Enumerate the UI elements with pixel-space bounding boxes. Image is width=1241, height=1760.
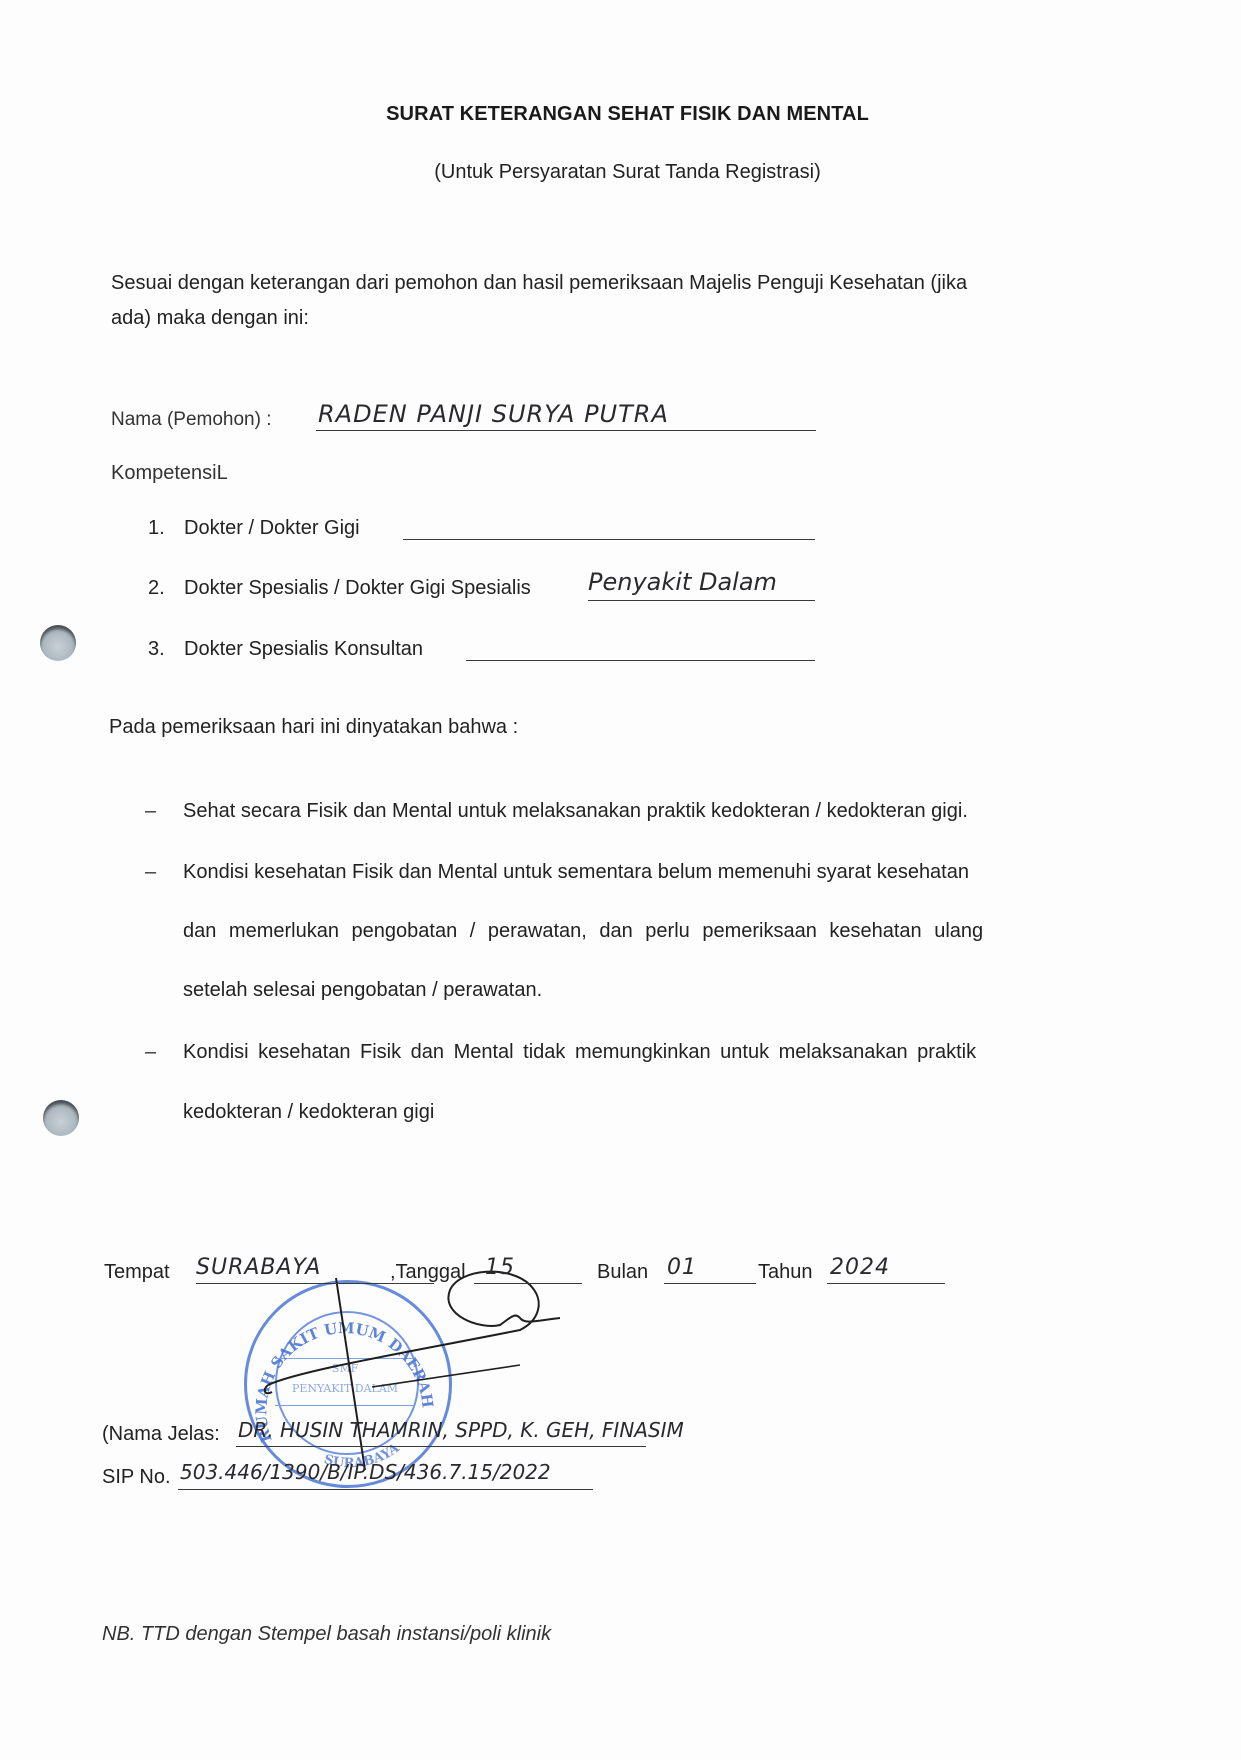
competency-field-1[interactable] xyxy=(403,539,815,540)
option-3-line-2[interactable]: kedokteran / kedokteran gigi xyxy=(183,1101,434,1124)
sip-underline xyxy=(178,1489,593,1490)
year-label: Tahun xyxy=(758,1261,813,1284)
place-label: Tempat xyxy=(104,1261,170,1284)
signatory-name-underline xyxy=(236,1446,646,1447)
competency-label-2: Dokter Spesialis / Dokter Gigi Spesialis xyxy=(184,577,531,600)
signatory-name-field[interactable]: DR. HUSIN THAMRIN, SPPD, K. GEH, FINASIM xyxy=(238,1418,684,1442)
punch-hole-top xyxy=(40,625,76,661)
option-3-bullet: – xyxy=(145,1041,156,1064)
sip-label: SIP No. xyxy=(102,1466,171,1489)
applicant-name-field[interactable]: RADEN PANJI SURYA PUTRA xyxy=(318,400,669,428)
intro-line-1: Sesuai dengan keterangan dari pemohon da… xyxy=(111,272,967,295)
stamp-center-line-2: PENYAKIT DALAM xyxy=(275,1379,415,1399)
footnote: NB. TTD dengan Stempel basah instansi/po… xyxy=(102,1623,551,1646)
document-title: SURAT KETERANGAN SEHAT FISIK DAN MENTAL xyxy=(0,103,1241,126)
place-field[interactable]: SURABAYA xyxy=(196,1255,321,1280)
month-underline xyxy=(664,1283,756,1284)
intro-line-2: ada) maka dengan ini: xyxy=(111,307,309,330)
applicant-name-underline xyxy=(316,430,816,431)
option-3-line-1[interactable]: Kondisi kesehatan Fisik dan Mental tidak… xyxy=(183,1041,976,1064)
statement-label: Pada pemeriksaan hari ini dinyatakan bah… xyxy=(109,716,518,739)
competency-field-2 xyxy=(588,600,815,601)
competency-label-1: Dokter / Dokter Gigi xyxy=(184,517,360,540)
option-2-line-2[interactable]: dan memerlukan pengobatan / perawatan, d… xyxy=(183,920,1083,943)
competency-label: KompetensiL xyxy=(111,462,228,485)
option-2-line-1[interactable]: Kondisi kesehatan Fisik dan Mental untuk… xyxy=(183,861,1083,884)
competency-number-2: 2. xyxy=(148,577,165,600)
stamp-center: SMF PENYAKIT DALAM xyxy=(275,1358,415,1406)
hospital-stamp: RUMAH SAKIT UMUM DAERAH Dr. SOETOMO SMF … xyxy=(244,1280,452,1488)
document-subtitle: (Untuk Persyaratan Surat Tanda Registras… xyxy=(0,161,1241,184)
competency-field-3[interactable] xyxy=(466,660,815,661)
signatory-name-label: (Nama Jelas: xyxy=(102,1423,220,1446)
option-1-line-1[interactable]: Sehat secara Fisik dan Mental untuk mela… xyxy=(183,800,968,823)
punch-hole-bottom xyxy=(43,1100,79,1136)
competency-label-3: Dokter Spesialis Konsultan xyxy=(184,638,423,661)
competency-number-1: 1. xyxy=(148,517,165,540)
option-2-line-3[interactable]: setelah selesai pengobatan / perawatan. xyxy=(183,979,542,1002)
sip-field[interactable]: 503.446/1390/B/IP.DS/436.7.15/2022 xyxy=(180,1460,551,1484)
date-underline xyxy=(474,1283,582,1284)
year-field[interactable]: 2024 xyxy=(830,1255,890,1280)
competency-number-3: 3. xyxy=(148,638,165,661)
option-1-bullet: – xyxy=(145,800,156,823)
competency-field-2-value[interactable]: Penyakit Dalam xyxy=(588,568,777,596)
year-underline xyxy=(827,1283,945,1284)
date-field[interactable]: 15 xyxy=(485,1255,515,1280)
month-label: Bulan xyxy=(597,1261,648,1284)
month-field[interactable]: 01 xyxy=(667,1255,697,1280)
applicant-label: Nama (Pemohon) : xyxy=(111,409,272,431)
stamp-center-line-1: SMF xyxy=(275,1359,415,1379)
option-2-bullet: – xyxy=(145,861,156,884)
date-label: ,Tanggal xyxy=(390,1261,466,1284)
